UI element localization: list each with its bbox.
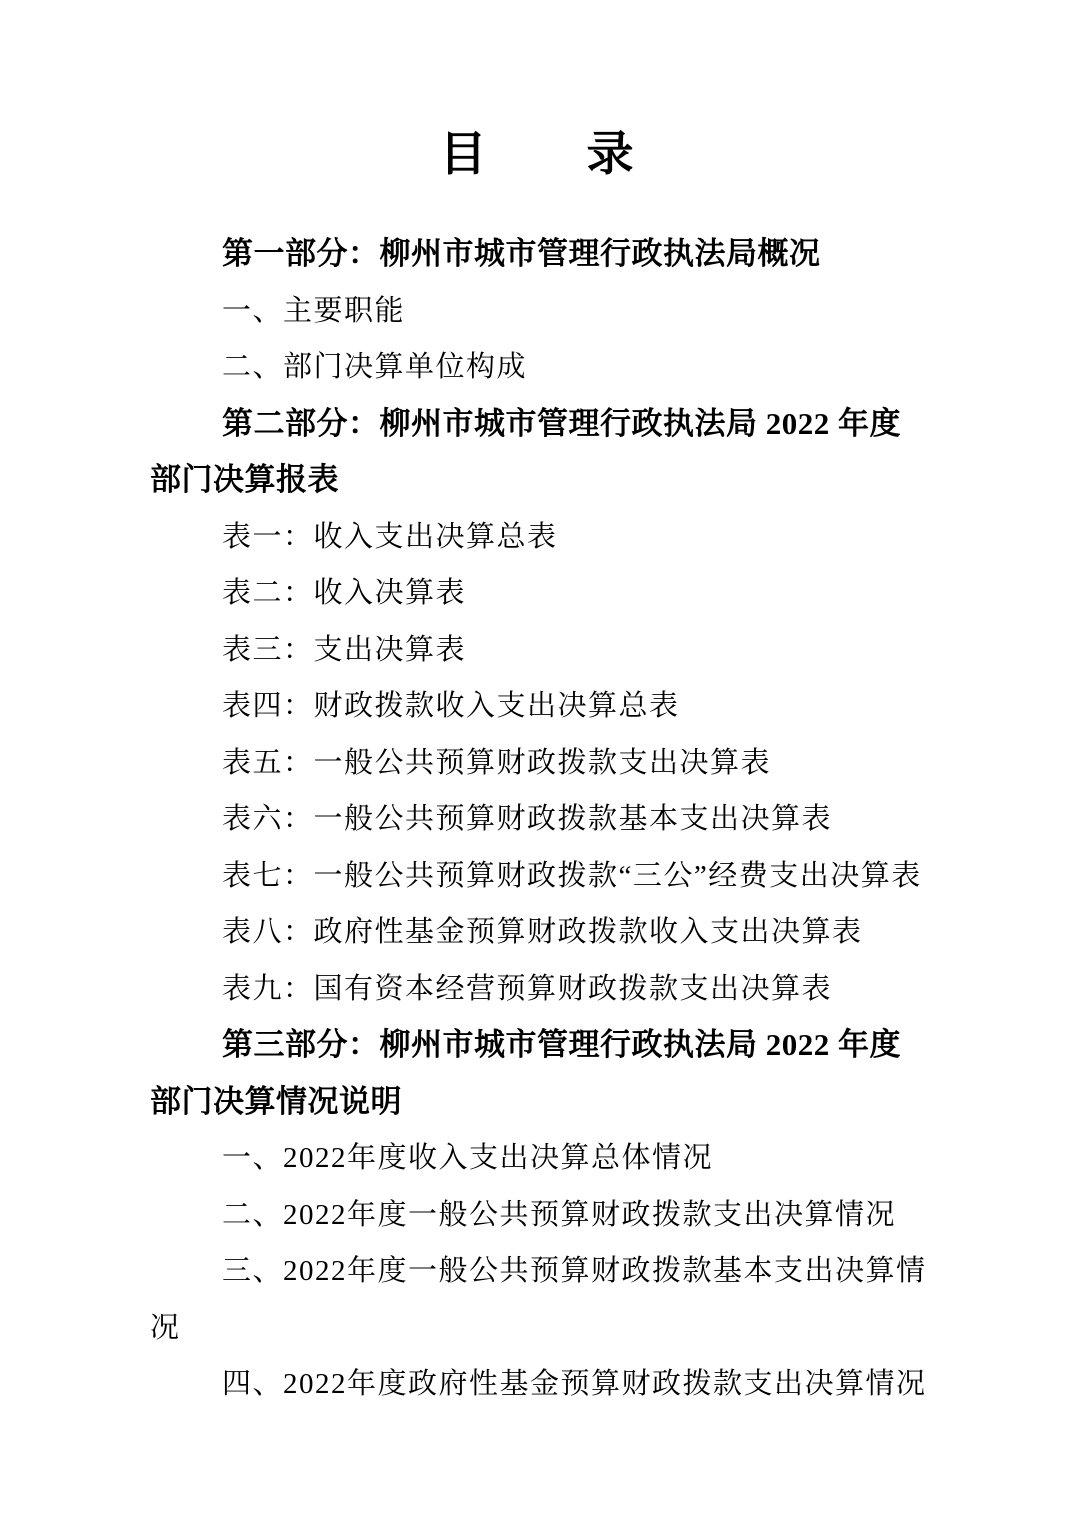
toc-entry-s2-table-7: 表七：一般公共预算财政拨款“三公”经费支出决算表 [150,848,932,905]
toc-entry-s2-table-6: 表六：一般公共预算财政拨款基本支出决算表 [150,791,932,848]
toc-entry-s2-table-2: 表二：收入决算表 [150,565,932,622]
toc-section-1-heading: 第一部分：柳州市城市管理行政执法局概况 [150,226,932,283]
toc-entry-s3-2: 二、2022年度一般公共预算财政拨款支出决算情况 [150,1187,932,1244]
toc-entry-s3-1: 一、2022年度收入支出决算总体情况 [150,1130,932,1187]
toc-section-2-heading: 第二部分：柳州市城市管理行政执法局 2022 年度部门决算报表 [150,396,932,509]
document-page: 目 录 第一部分：柳州市城市管理行政执法局概况 一、主要职能 二、部门决算单位构… [0,0,1075,1520]
toc-entry-s2-table-4: 表四：财政拨款收入支出决算总表 [150,678,932,735]
toc-content: 第一部分：柳州市城市管理行政执法局概况 一、主要职能 二、部门决算单位构成 第二… [150,226,932,1413]
toc-entry-s2-table-3: 表三：支出决算表 [150,622,932,679]
page-title: 目 录 [0,122,1075,186]
toc-entry-s2-table-1: 表一：收入支出决算总表 [150,509,932,566]
toc-entry-s1-1: 一、主要职能 [150,283,932,340]
toc-entry-s2-table-8: 表八：政府性基金预算财政拨款收入支出决算表 [150,904,932,961]
toc-entry-s2-table-5: 表五：一般公共预算财政拨款支出决算表 [150,735,932,792]
toc-entry-s3-3: 三、2022年度一般公共预算财政拨款基本支出决算情况 [150,1243,932,1356]
toc-entry-s3-4: 四、2022年度政府性基金预算财政拨款支出决算情况 [150,1356,932,1413]
toc-section-3-heading: 第三部分：柳州市城市管理行政执法局 2022 年度部门决算情况说明 [150,1017,932,1130]
toc-entry-s2-table-9: 表九：国有资本经营预算财政拨款支出决算表 [150,961,932,1018]
toc-entry-s1-2: 二、部门决算单位构成 [150,339,932,396]
